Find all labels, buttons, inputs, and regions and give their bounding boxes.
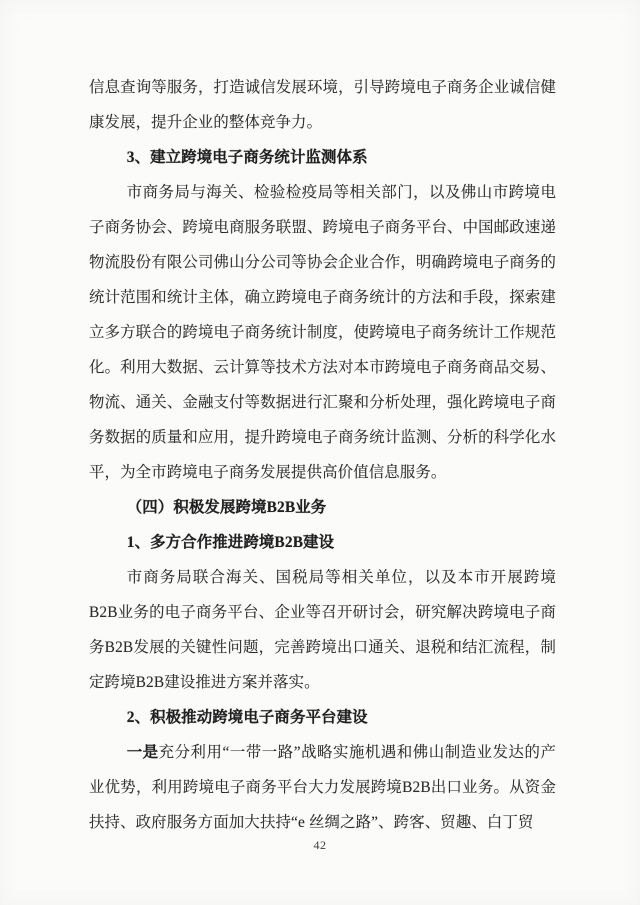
section-heading: 2、积极推动跨境电子商务平台建设 [89, 700, 556, 735]
section-heading: 3、建立跨境电子商务统计监测体系 [89, 140, 556, 175]
body-paragraph: 市商务局联合海关、国税局等相关单位，以及本市开展跨境B2B业务的电子商务平台、企… [89, 560, 556, 700]
scanned-document-page: 信息查询等服务，打造诚信发展环境，引导跨境电子商务企业诚信健康发展，提升企业的整… [0, 0, 640, 905]
body-paragraph: 信息查询等服务，打造诚信发展环境，引导跨境电子商务企业诚信健康发展，提升企业的整… [89, 70, 556, 140]
body-paragraph: 一是充分利用“一带一路”战略实施机遇和佛山制造业发达的产业优势，利用跨境电子商务… [89, 735, 556, 840]
lead-emphasis: 一是 [127, 744, 159, 761]
body-paragraph: 市商务局与海关、检验检疫局等相关部门，以及佛山市跨境电子商务协会、跨境电商服务联… [89, 175, 556, 490]
document-body: 信息查询等服务，打造诚信发展环境，引导跨境电子商务企业诚信健康发展，提升企业的整… [89, 70, 556, 840]
page-number: 42 [0, 836, 640, 854]
section-heading: 1、多方合作推进跨境B2B建设 [89, 525, 556, 560]
section-heading: （四）积极发展跨境B2B业务 [89, 490, 556, 525]
